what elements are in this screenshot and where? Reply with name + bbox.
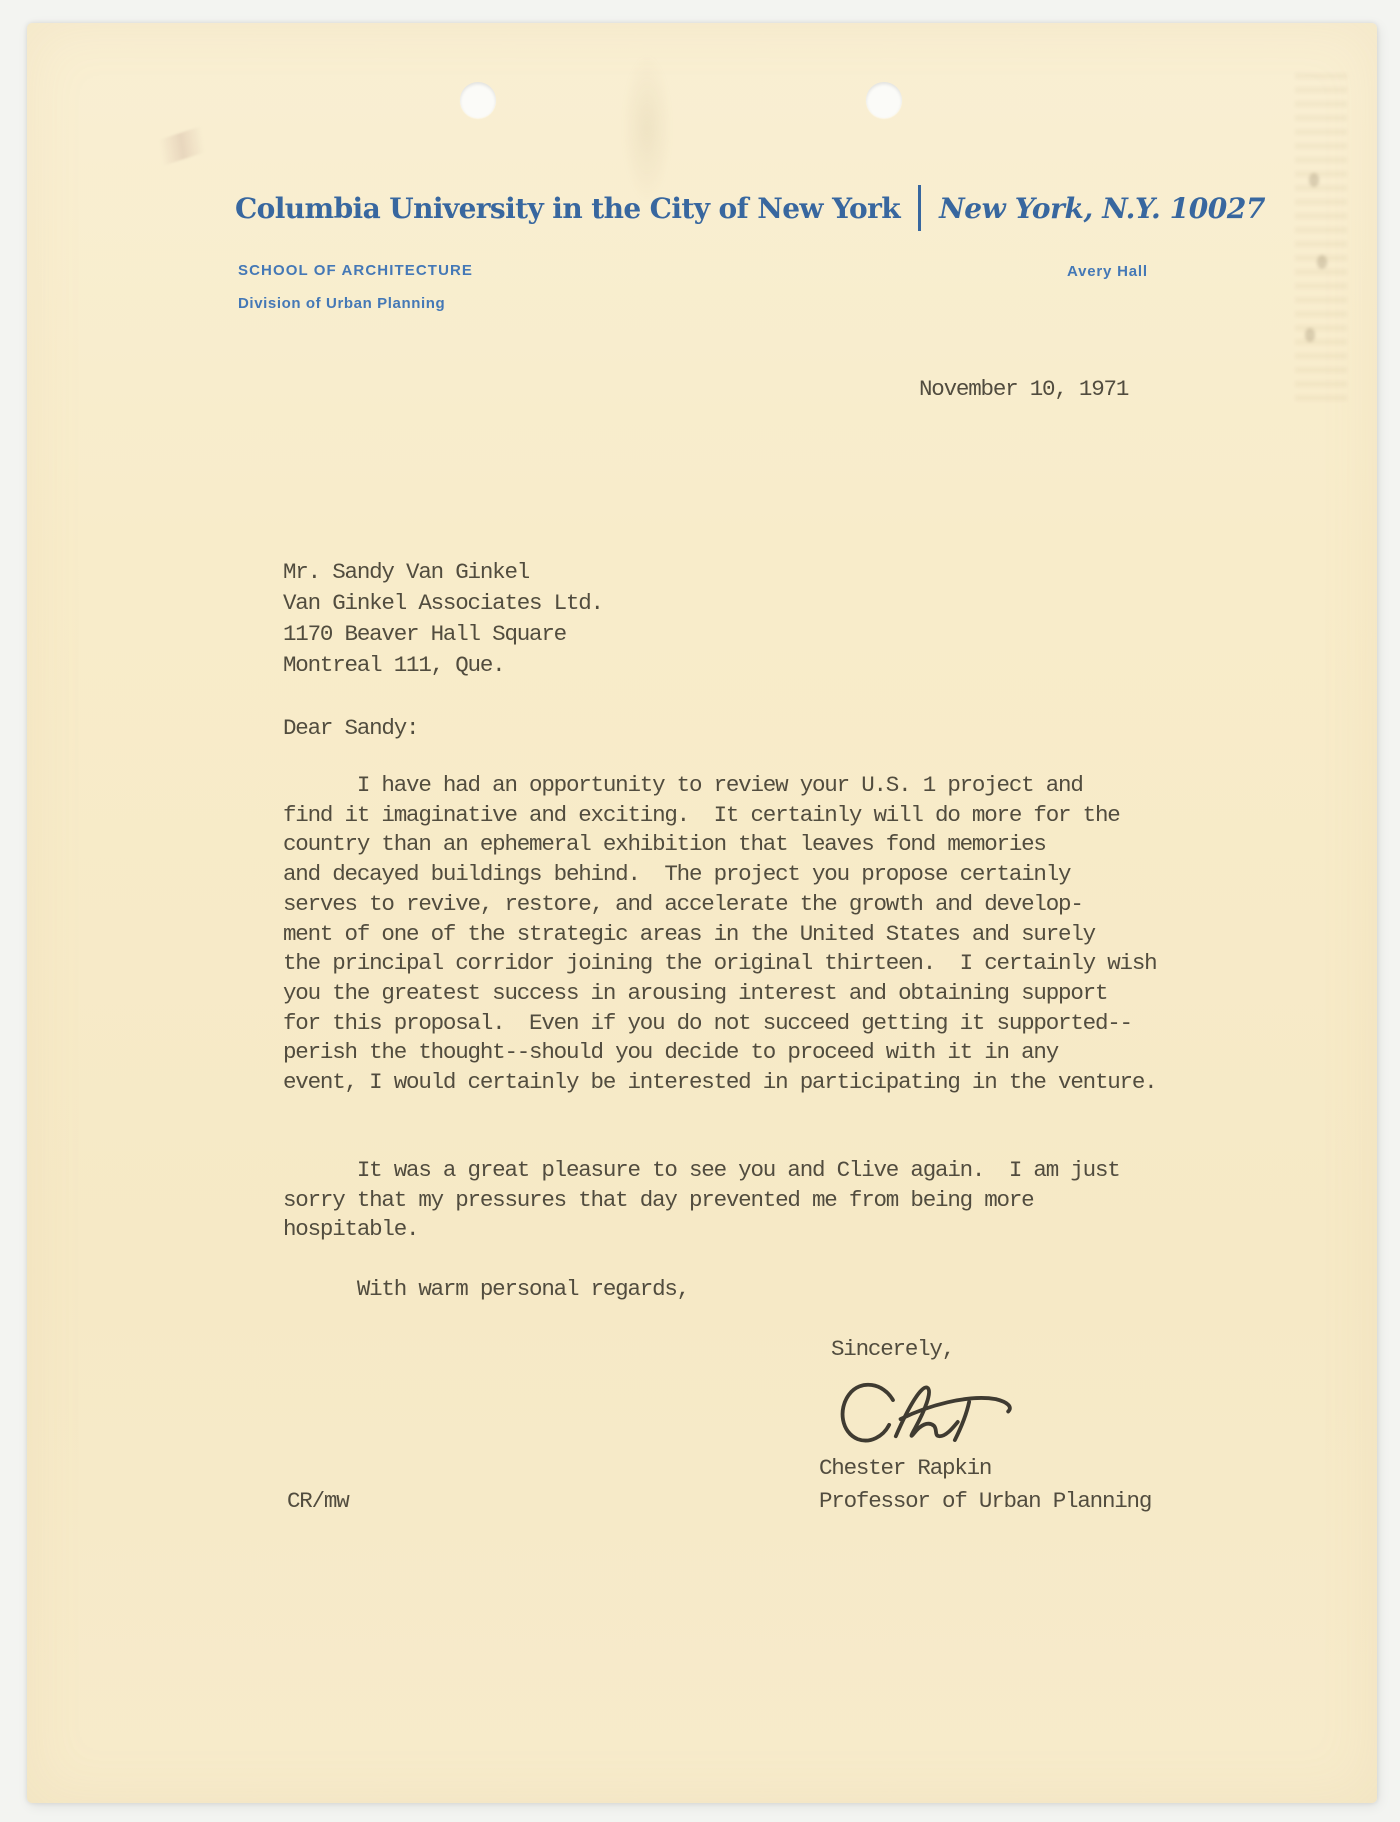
text-line: you the greatest success in arousing int… [283, 979, 1156, 1009]
text-line: sorry that my pressures that day prevent… [283, 1186, 1120, 1216]
scan-edge-artifact [1295, 73, 1347, 403]
text-line: the principal corridor joining the origi… [283, 949, 1156, 979]
text-line: It was a great pleasure to see you and C… [283, 1156, 1120, 1186]
letter-paper: Columbia University in the City of New Y… [27, 23, 1377, 1803]
letterhead-building: Avery Hall [1067, 263, 1148, 280]
text-line: country than an ephemeral exhibition tha… [283, 830, 1156, 860]
letterhead-division: Division of Urban Planning [238, 295, 445, 312]
faint-pencil-mark [145, 123, 220, 169]
body-paragraph-2: It was a great pleasure to see you and C… [283, 1156, 1120, 1245]
letterhead-divider-bar [918, 185, 921, 231]
letterhead-address: New York, N.Y. 10027 [939, 192, 1265, 225]
text-line: hospitable. [283, 1215, 1120, 1245]
closing-line: With warm personal regards, [283, 1275, 689, 1305]
scan-speck [1317, 255, 1327, 269]
text-line: Mr. Sandy Van Ginkel [283, 557, 603, 588]
reference-initials: CR/mw [287, 1487, 349, 1517]
text-line: Montreal 111, Que. [283, 650, 603, 681]
letter-date: November 10, 1971 [919, 375, 1128, 405]
body-paragraph-1: I have had an opportunity to review your… [283, 771, 1156, 1098]
recipient-address-block: Mr. Sandy Van GinkelVan Ginkel Associate… [283, 557, 603, 681]
text-line: Van Ginkel Associates Ltd. [283, 588, 603, 619]
letterhead-university-name: Columbia University in the City of New Y… [235, 192, 900, 225]
text-line: ment of one of the strategic areas in th… [283, 920, 1156, 950]
valediction: Sincerely, [831, 1335, 954, 1365]
letterhead-school: SCHOOL OF ARCHITECTURE [238, 262, 473, 279]
text-line: find it imaginative and exciting. It cer… [283, 801, 1156, 831]
text-line: perish the thought--should you decide to… [283, 1038, 1156, 1068]
signer-typed-title: Professor of Urban Planning [819, 1487, 1151, 1517]
text-line: for this proposal. Even if you do not su… [283, 1009, 1156, 1039]
salutation: Dear Sandy: [283, 714, 418, 744]
text-line: event, I would certainly be interested i… [283, 1068, 1156, 1098]
text-line: and decayed buildings behind. The projec… [283, 860, 1156, 890]
letterhead: Columbia University in the City of New Y… [235, 185, 1265, 231]
signer-typed-name: Chester Rapkin [819, 1454, 991, 1484]
text-line: serves to revive, restore, and accelerat… [283, 890, 1156, 920]
scan-crease-artifact [622, 53, 672, 203]
scan-speck [1309, 173, 1319, 187]
text-line: I have had an opportunity to review your… [283, 771, 1156, 801]
scan-background: Columbia University in the City of New Y… [0, 0, 1400, 1822]
punch-hole-left [460, 82, 496, 118]
text-line: 1170 Beaver Hall Square [283, 619, 603, 650]
scan-speck [1305, 328, 1315, 342]
punch-hole-right [866, 82, 902, 118]
